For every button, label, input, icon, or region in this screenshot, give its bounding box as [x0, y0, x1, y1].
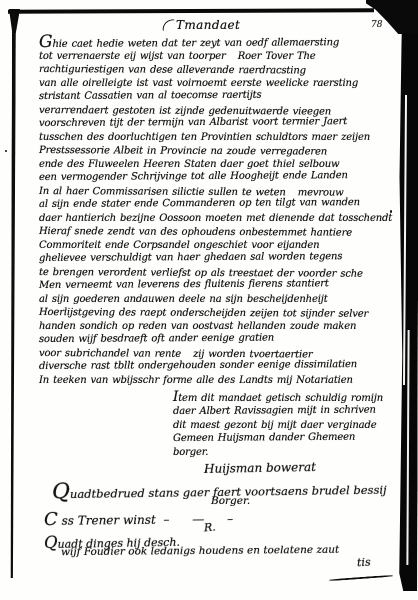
notary-mark: R.	[204, 521, 217, 535]
page-title-text: Tmandaet	[176, 18, 240, 32]
manuscript-line: Ghie caet hedie weten dat ter zeyt van o…	[39, 34, 395, 50]
manuscript-line: Prestssessorie Albeit in Provincie na zo…	[39, 144, 395, 159]
manuscript-line: Men verneemt van leverens des fluitenis …	[39, 277, 395, 293]
manuscript-line: Hieraf snede zendt van des ophoudens onb…	[39, 225, 395, 240]
manuscript-body-text: Ghie caet hedie weten dat ter zeyt van o…	[39, 36, 395, 387]
manuscript-line: tusschen des doorluchtigen ten Provintie…	[39, 131, 395, 145]
mandate-line: borger.	[173, 446, 395, 460]
manuscript-line: souden wijf besdraeft oft ander eenige g…	[39, 331, 395, 347]
manuscript-line: tot verrenaerste eij wijst van toorper R…	[39, 50, 395, 64]
manuscript-scan-page: Tmandaet 78 Ghie caet hedie weten dat te…	[0, 0, 418, 600]
catchword-underline-flourish	[329, 575, 393, 581]
manuscript-line: Hoerlijstgeving des raept onderscheijden…	[39, 306, 395, 321]
mandate-line: Gemeen Huijsman dander Ghemeen	[173, 431, 395, 446]
page-number: 78	[371, 20, 382, 30]
page-title: Tmandaet	[176, 18, 240, 32]
manuscript-line: al sijn ende stater ende Commanderen op …	[39, 196, 395, 212]
catchword: tis	[357, 556, 371, 570]
scan-border-left	[10, 12, 16, 578]
scan-border-top	[8, 8, 374, 14]
manuscript-line: stristant Cassatien van al toecomse raer…	[39, 88, 395, 104]
annotation-wijf-line: wijf Foudier ook ledanigs houdens en toe…	[61, 544, 339, 558]
mandate-clause-block: Item dit mandaet getisch schuldig romijn…	[173, 391, 395, 460]
manuscript-line: daer hantierich bezijne Oossoon moeten m…	[39, 212, 395, 226]
manuscript-line: voorschreven tijt der termijn van Albari…	[39, 115, 395, 131]
manuscript-line: al sijn goederen andauwen deele na sijn …	[39, 293, 395, 307]
manuscript-line: rachtiguriestigen van dese alleverande r…	[39, 63, 395, 78]
manuscript-line: diversche rast tbllt ondergehouden sonde…	[39, 358, 395, 374]
manuscript-line: In teeken van wbijsschr forme alle des L…	[39, 374, 395, 388]
signature-huijsman: Huijsman bowerat	[204, 460, 316, 476]
manuscript-line: een vermogender Schrijvinge tot alle Hoo…	[39, 169, 395, 185]
ink-speck	[5, 150, 7, 152]
flourish-icon	[161, 19, 175, 31]
manuscript-line: ghelievee verschuldigt van haer ghedaen …	[39, 250, 395, 266]
mandate-line: daer Albert Ravissagien mijt in schriven	[173, 403, 395, 418]
borger-label: Borger.	[211, 495, 250, 507]
